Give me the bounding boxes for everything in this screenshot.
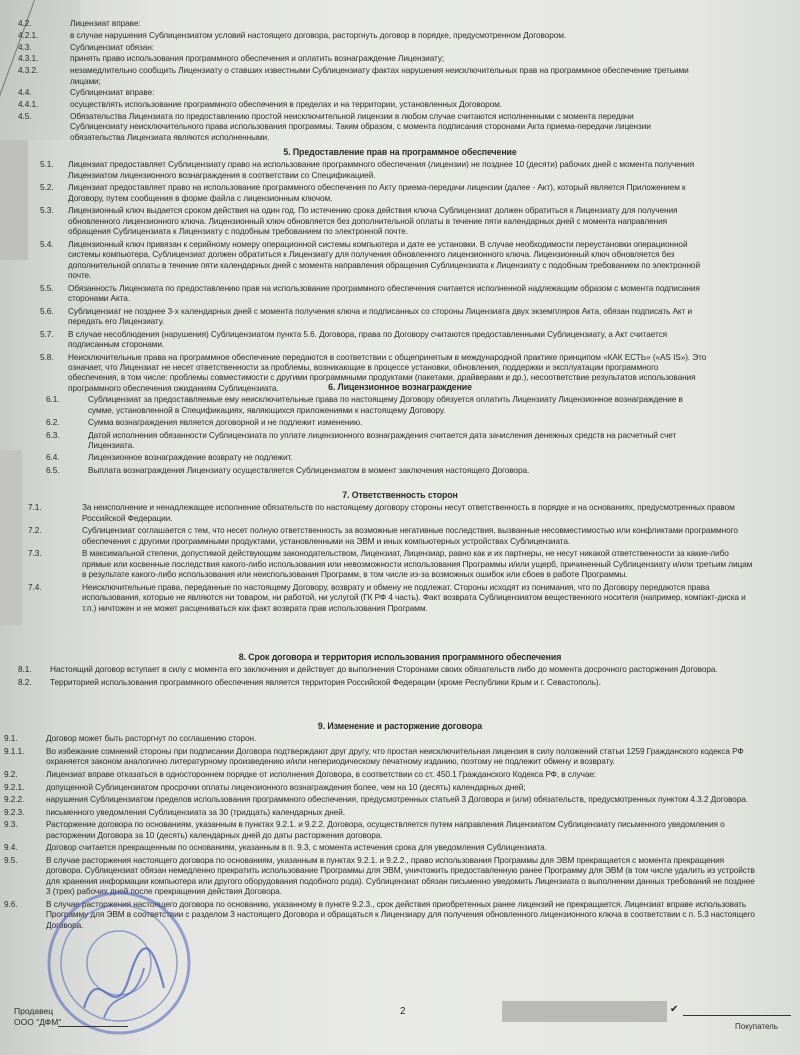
clause-number: 4.3.: [0, 42, 60, 52]
clause-number: 5.1.: [0, 159, 58, 180]
clause-text: Лицензиат предоставляет право на использ…: [58, 182, 708, 203]
clause-number: 8.2.: [0, 677, 40, 687]
clause-number: 4.5.: [0, 111, 60, 142]
clause-number: 6.5.: [0, 465, 78, 475]
clause-text: Обязанность Лицензиата по предоставлению…: [58, 283, 708, 304]
seller-label: Продавец: [14, 1006, 61, 1017]
clause-text: Во избежание сомнений стороны при подпис…: [36, 746, 758, 767]
clause-item: 9.2.1.допущенной Сублицензиатом просрочк…: [0, 782, 800, 792]
clause-text: Лицензионный ключ привязан к серийному н…: [58, 239, 708, 281]
seller-signature-line: [58, 1026, 128, 1027]
clause-number: 6.2.: [0, 417, 78, 427]
clause-text: Лицензиат вправе:: [60, 18, 690, 28]
clause-item: 7.4.Неисключительные права, переданные п…: [0, 582, 800, 613]
clause-item: 9.3.Расторжение договора по основаниям, …: [0, 819, 800, 840]
clause-item: 5.4.Лицензионный ключ привязан к серийно…: [0, 239, 800, 281]
clause-number: 5.2.: [0, 182, 58, 203]
clause-item: 7.2.Сублицензиат соглашается с тем, что …: [0, 525, 800, 546]
clause-number: 4.3.2.: [0, 65, 60, 86]
clause-number: 7.2.: [0, 525, 72, 546]
clause-text: принять право использования программного…: [60, 53, 690, 63]
clause-number: 9.2.3.: [0, 807, 36, 817]
clause-item: 7.3.В максимальной степени, допустимой д…: [0, 548, 800, 579]
clause-text: осуществлять использование программного …: [60, 99, 690, 109]
section-title: 8. Срок договора и территория использова…: [0, 652, 800, 662]
clause-text: нарушения Сублицензиатом пределов исполь…: [36, 794, 758, 804]
clause-number: 9.2.: [0, 769, 36, 779]
clause-number: 5.3.: [0, 205, 58, 236]
clause-item: 6.5.Выплата вознаграждения Лицензиату ос…: [0, 465, 800, 475]
clause-text: письменного уведомления Сублицензиата за…: [36, 807, 758, 817]
clause-number: 9.1.: [0, 733, 36, 743]
clause-number: 8.1.: [0, 664, 40, 674]
clause-item: 4.4.1.осуществлять использование програм…: [0, 99, 800, 109]
clause-number: 5.5.: [0, 283, 58, 304]
clause-item: 5.3.Лицензионный ключ выдается сроком де…: [0, 205, 800, 236]
clause-item: 4.2.1.в случае нарушения Сублицензиатом …: [0, 30, 800, 40]
section-8: 8. Срок договора и территория использова…: [0, 652, 800, 689]
clause-item: 4.3.1.принять право использования програ…: [0, 53, 800, 63]
clause-item: 4.5.Обязательства Лицензиата по предоста…: [0, 111, 800, 142]
section-title: 9. Изменение и расторжение договора: [0, 721, 800, 731]
clause-text: Лицензионный ключ выдается сроком действ…: [58, 205, 708, 236]
clause-item: 9.2.2.нарушения Сублицензиатом пределов …: [0, 794, 800, 804]
clause-text: Договор может быть расторгнут по соглаше…: [36, 733, 758, 743]
clause-item: 5.1.Лицензиат предоставляет Сублицензиат…: [0, 159, 800, 180]
clause-text: Сумма вознаграждения является договорной…: [78, 417, 698, 427]
buyer-signature-line: [683, 1015, 791, 1016]
clause-number: 9.6.: [0, 899, 36, 930]
clause-text: Обязательства Лицензиата по предоставлен…: [60, 111, 690, 142]
clause-number: 9.5.: [0, 855, 36, 897]
clause-item: 6.3.Датой исполнения обязанности Сублице…: [0, 430, 800, 451]
clause-text: В максимальной степени, допустимой дейст…: [72, 548, 754, 579]
section-6: 6. Лицензионное вознаграждение6.1.Сублиц…: [0, 382, 800, 477]
section-5: 5. Предоставление прав на программное об…: [0, 147, 800, 395]
clause-text: Сублицензиат вправе:: [60, 87, 690, 97]
clause-number: 7.1.: [0, 502, 72, 523]
clause-text: Сублицензиат соглашается с тем, что несе…: [72, 525, 754, 546]
clause-item: 8.1.Настоящий договор вступает в силу с …: [0, 664, 800, 674]
clause-item: 6.4.Лицензионное вознаграждение возврату…: [0, 452, 800, 462]
clause-number: 9.4.: [0, 842, 36, 852]
clause-text: Расторжение договора по основаниям, указ…: [36, 819, 758, 840]
company-stamp-icon: [44, 888, 194, 1038]
clause-item: 5.6.Сублицензиат не позднее 3-х календар…: [0, 306, 800, 327]
clause-text: в случае нарушения Сублицензиатом услови…: [60, 30, 690, 40]
clause-number: 4.3.1.: [0, 53, 60, 63]
clause-number: 6.3.: [0, 430, 78, 451]
clause-number: 6.4.: [0, 452, 78, 462]
clause-text: Настоящий договор вступает в силу с моме…: [40, 664, 740, 674]
clause-text: Договор считается прекращенным по основа…: [36, 842, 758, 852]
clause-text: Датой исполнения обязанности Сублицензиа…: [78, 430, 698, 451]
clause-number: 5.6.: [0, 306, 58, 327]
clause-item: 9.1.Договор может быть расторгнут по сог…: [0, 733, 800, 743]
clause-number: 4.4.1.: [0, 99, 60, 109]
seller-company: ООО "ДФМ": [14, 1017, 61, 1028]
clause-item: 6.2.Сумма вознаграждения является догово…: [0, 417, 800, 427]
section-7: 7. Ответственность сторон7.1.За неисполн…: [0, 490, 800, 615]
clause-text: За неисполнение и ненадлежащее исполнени…: [72, 502, 754, 523]
clause-item: 9.4.Договор считается прекращенным по ос…: [0, 842, 800, 852]
seller-signature-block: Продавец ООО "ДФМ": [14, 1006, 61, 1028]
clause-item: 5.7.В случае несоблюдения (нарушения) Су…: [0, 329, 800, 350]
clause-text: Лицензионное вознаграждение возврату не …: [78, 452, 698, 462]
clause-number: 5.7.: [0, 329, 58, 350]
clause-item: 4.3.2.незамедлительно сообщить Лицензиат…: [0, 65, 800, 86]
section-title: 6. Лицензионное вознаграждение: [0, 382, 800, 392]
clause-text: Сублицензиат обязан:: [60, 42, 690, 52]
clause-text: Сублицензиат за предоставляемые ему неис…: [78, 394, 698, 415]
check-mark-icon: ✔: [670, 1004, 678, 1015]
clause-item: 4.4.Сублицензиат вправе:: [0, 87, 800, 97]
clause-item: 9.2.3.письменного уведомления Сублицензи…: [0, 807, 800, 817]
clause-number: 4.2.: [0, 18, 60, 28]
clause-number: 4.2.1.: [0, 30, 60, 40]
clause-number: 7.4.: [0, 582, 72, 613]
redaction-block: [502, 1001, 667, 1022]
section-4: 4.2.Лицензиат вправе:4.2.1.в случае нару…: [0, 18, 800, 144]
clause-text: В случае несоблюдения (нарушения) Сублиц…: [58, 329, 708, 350]
clause-text: Лицензиат предоставляет Сублицензиату пр…: [58, 159, 708, 180]
clause-number: 9.2.2.: [0, 794, 36, 804]
clause-item: 7.1.За неисполнение и ненадлежащее испол…: [0, 502, 800, 523]
clause-item: 4.2.Лицензиат вправе:: [0, 18, 800, 28]
clause-text: Неисключительные права, переданные по на…: [72, 582, 754, 613]
clause-item: 8.2.Территорией использования программно…: [0, 677, 800, 687]
clause-item: 5.5.Обязанность Лицензиата по предоставл…: [0, 283, 800, 304]
buyer-label: Покупатель: [735, 1022, 778, 1031]
clause-number: 7.3.: [0, 548, 72, 579]
clause-number: 5.4.: [0, 239, 58, 281]
clause-number: 9.1.1.: [0, 746, 36, 767]
clause-item: 9.2.Лицензиат вправе отказаться в одност…: [0, 769, 800, 779]
clause-item: 9.1.1.Во избежание сомнений стороны при …: [0, 746, 800, 767]
clause-text: допущенной Сублицензиатом просрочки опла…: [36, 782, 758, 792]
clause-item: 5.2.Лицензиат предоставляет право на исп…: [0, 182, 800, 203]
clause-text: Сублицензиат не позднее 3-х календарных …: [58, 306, 708, 327]
clause-text: незамедлительно сообщить Лицензиату о ст…: [60, 65, 690, 86]
section-title: 7. Ответственность сторон: [0, 490, 800, 500]
clause-item: 6.1.Сублицензиат за предоставляемые ему …: [0, 394, 800, 415]
clause-number: 6.1.: [0, 394, 78, 415]
clause-number: 9.2.1.: [0, 782, 36, 792]
clause-item: 4.3.Сублицензиат обязан:: [0, 42, 800, 52]
clause-text: Территорией использования программного о…: [40, 677, 740, 687]
clause-text: Лицензиат вправе отказаться в односторон…: [36, 769, 758, 779]
section-title: 5. Предоставление прав на программное об…: [0, 147, 800, 157]
page-number: 2: [400, 1006, 406, 1017]
clause-number: 9.3.: [0, 819, 36, 840]
clause-text: Выплата вознаграждения Лицензиату осущес…: [78, 465, 698, 475]
clause-number: 4.4.: [0, 87, 60, 97]
